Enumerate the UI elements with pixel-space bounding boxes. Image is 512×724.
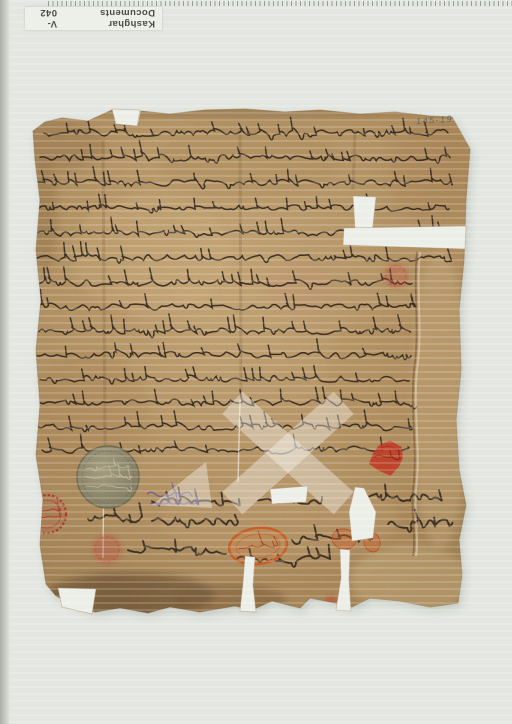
red-scalloped-seal: [28, 495, 66, 533]
manuscript-scan: [0, 0, 512, 724]
scan-left-edge: [0, 0, 10, 724]
crease-line: [103, 140, 105, 445]
archive-label: Kashghar Documents V-042: [25, 7, 162, 30]
tear-top-notch: [112, 109, 140, 126]
manuscript-content: [15, 100, 475, 625]
crease-line: [240, 130, 241, 398]
faded-pink-seal: [92, 534, 122, 564]
crease-line: [353, 130, 355, 190]
tear-top-horizontal: [343, 226, 466, 249]
tear-bottom-inlet: [58, 588, 96, 614]
perforation-strip: [48, 1, 512, 6]
tear-center-left: [270, 486, 308, 504]
archive-label-number: V-042: [32, 8, 57, 30]
faded-red-seal: [383, 263, 409, 289]
embossed-wax-seal: [77, 446, 139, 508]
scanner-page: Kashghar Documents V-042 145-19: [0, 0, 512, 724]
archive-label-title: Kashghar Documents: [57, 8, 155, 30]
